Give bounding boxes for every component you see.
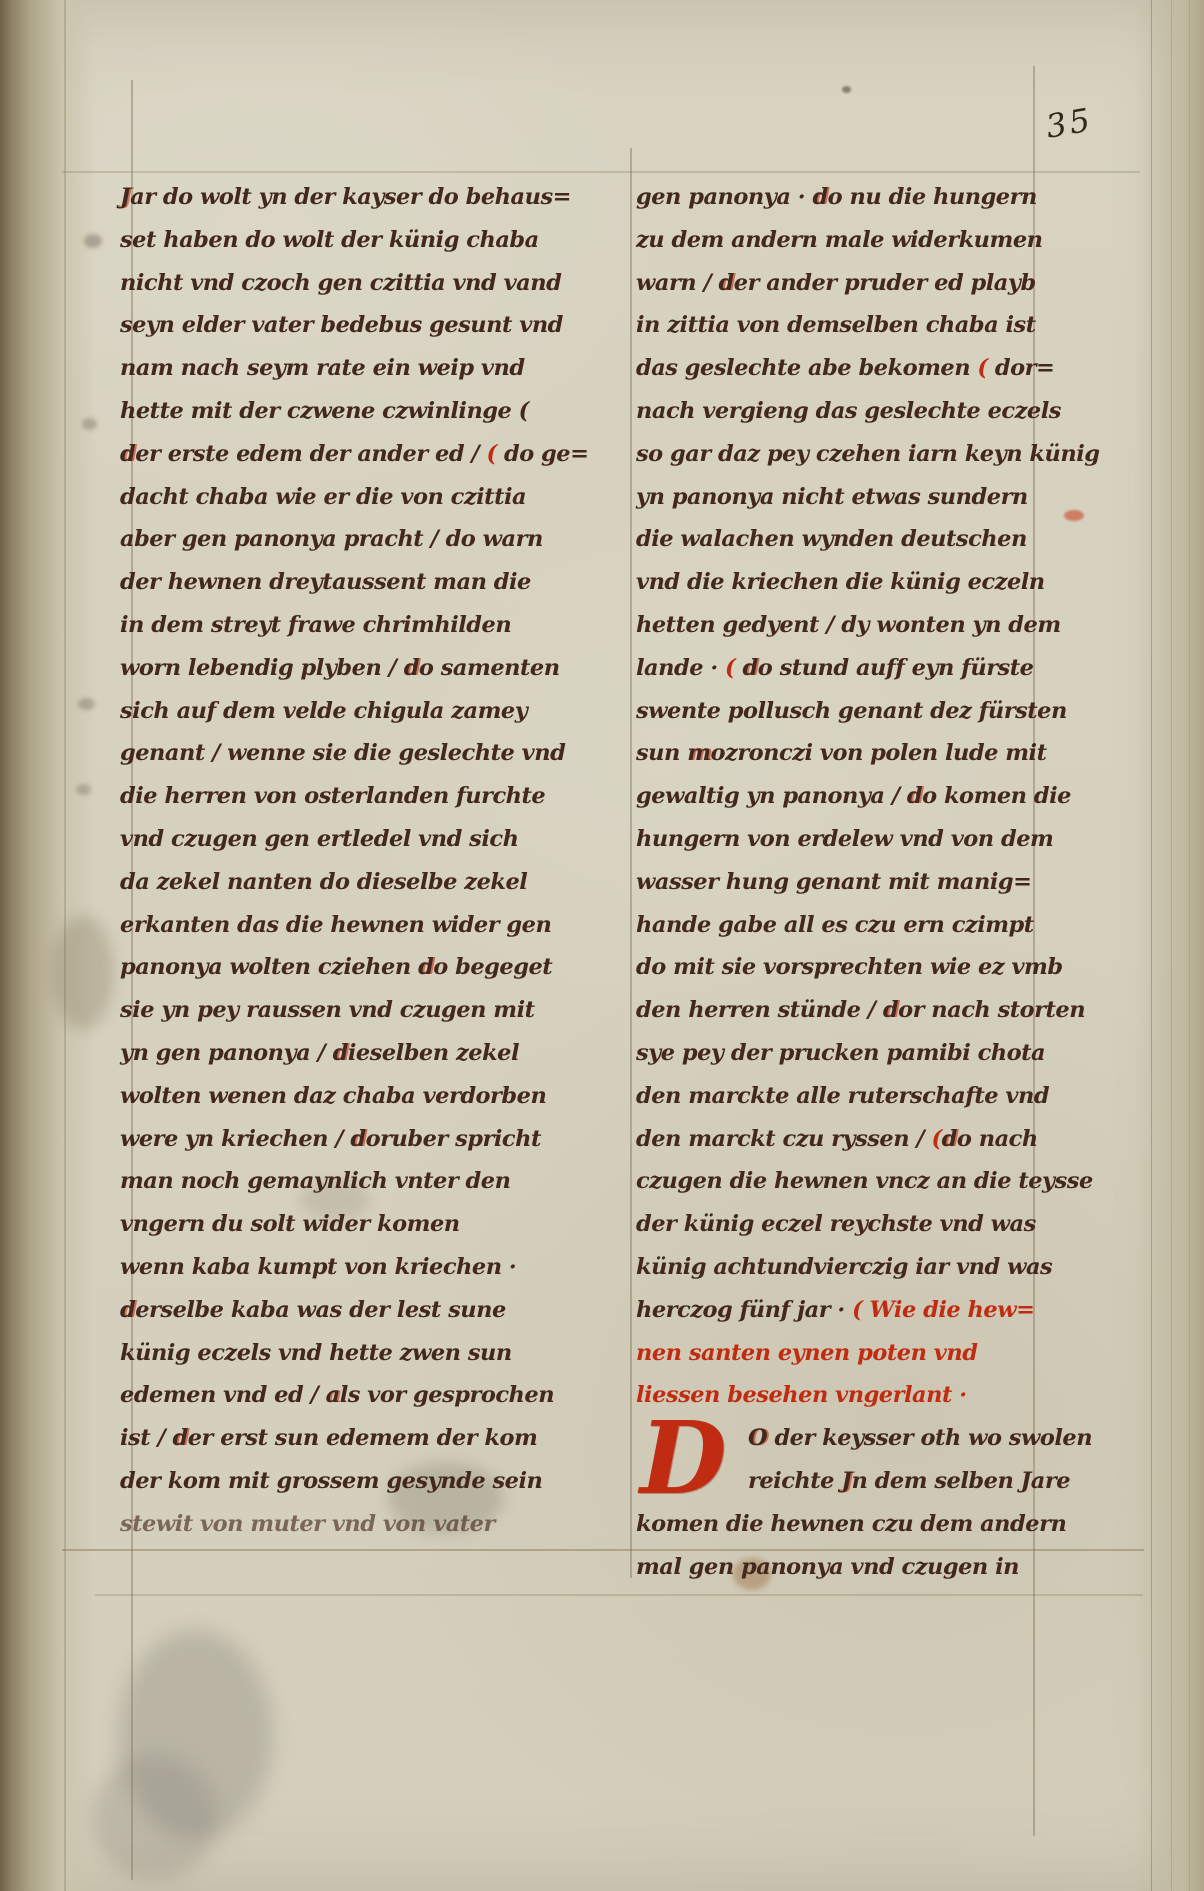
manuscript-line: hungern von erdelew vnd von dem bbox=[636, 818, 1060, 861]
manuscript-text: künig eczels vnd hette zwen sun bbox=[120, 1340, 512, 1366]
manuscript-line: man noch gemaynlich vnter den bbox=[120, 1160, 556, 1203]
manuscript-text: ist / bbox=[120, 1425, 173, 1451]
manuscript-text: o nach bbox=[957, 1126, 1038, 1152]
manuscript-line: vngern du solt wider komen bbox=[120, 1203, 556, 1246]
manuscript-line: hande gabe all es czu ern czimpt bbox=[636, 904, 1060, 947]
manuscript-text: zu dem andern male widerkumen bbox=[636, 227, 1043, 253]
manuscript-text: d bbox=[350, 1126, 365, 1152]
manuscript-text: o begeget bbox=[433, 954, 552, 980]
manuscript-line: vnd czugen gen ertledel vnd sich bbox=[120, 818, 556, 861]
manuscript-text: wasser hung genant mit manig= bbox=[636, 869, 1031, 895]
manuscript-line: do mit sie vorsprechten wie ez vmb bbox=[636, 946, 1060, 989]
manuscript-text: ar do wolt yn der kayser do behaus= bbox=[130, 184, 571, 210]
manuscript-line: der hewnen dreytaussent man die bbox=[120, 561, 556, 604]
manuscript-text: d bbox=[333, 1040, 348, 1066]
manuscript-text: o komen die bbox=[922, 783, 1071, 809]
manuscript-text: yn panonya nicht etwas sundern bbox=[636, 484, 1028, 510]
rubric-text: nen santen eynen poten vnd bbox=[636, 1340, 977, 1366]
page-edge-line bbox=[1151, 0, 1152, 1891]
manuscript-line: in dem streyt frawe chrimhilden bbox=[120, 604, 556, 647]
manuscript-line: aber gen panonya pracht / do warn bbox=[120, 518, 556, 561]
manuscript-text: d bbox=[120, 441, 135, 467]
manuscript-text: vngern du solt wider komen bbox=[120, 1211, 460, 1237]
manuscript-line: die walachen wynden deutschen bbox=[636, 518, 1060, 561]
manuscript-text: d bbox=[418, 954, 433, 980]
manuscript-line: wasser hung genant mit manig= bbox=[636, 861, 1060, 904]
manuscript-text: die walachen wynden deutschen bbox=[636, 526, 1027, 552]
rubric-text: ( bbox=[725, 655, 742, 681]
manuscript-text: d bbox=[719, 270, 734, 296]
manuscript-text: hungern von erdelew vnd von dem bbox=[636, 826, 1053, 852]
manuscript-text: in zittia von demselben chaba ist bbox=[636, 312, 1036, 338]
manuscript-text: dacht chaba wie er die von czittia bbox=[120, 484, 526, 510]
manuscript-text: worn lebendig plyben / bbox=[120, 655, 404, 681]
manuscript-text: or nach storten bbox=[898, 997, 1085, 1023]
manuscript-line: künig eczels vnd hette zwen sun bbox=[120, 1332, 556, 1375]
manuscript-line: edemen vnd ed / als vor gesprochen bbox=[120, 1374, 556, 1417]
manuscript-text: seyn elder vater bedebus gesunt vnd bbox=[120, 312, 563, 338]
manuscript-line: dacht chaba wie er die von czittia bbox=[120, 476, 556, 519]
ruling-line bbox=[630, 148, 632, 1578]
manuscript-line: so gar daz pey czehen iarn keyn künig bbox=[636, 433, 1060, 476]
manuscript-text: n dem selben Jare bbox=[851, 1468, 1070, 1494]
manuscript-page: 35 Jar do wolt yn der kayser do behaus=s… bbox=[0, 0, 1204, 1891]
manuscript-text: sie yn pey raussen vnd czugen mit bbox=[120, 997, 535, 1023]
manuscript-text: er ander pruder ed playb bbox=[734, 270, 1036, 296]
manuscript-text: mal gen panonya vnd czugen in bbox=[636, 1554, 1019, 1580]
manuscript-text: set haben do wolt der künig chaba bbox=[120, 227, 539, 253]
manuscript-text: d bbox=[883, 997, 898, 1023]
manuscript-text: d bbox=[812, 184, 827, 210]
manuscript-line: yn gen panonya / dieselben zekel bbox=[120, 1032, 556, 1075]
manuscript-line: czugen die hewnen vncz an die teysse bbox=[636, 1160, 1060, 1203]
manuscript-text: yn gen panonya / bbox=[120, 1040, 333, 1066]
manuscript-line: sun mozronczi von polen lude mit bbox=[636, 732, 1060, 775]
manuscript-line: künig achtundvierczig iar vnd was bbox=[636, 1246, 1060, 1289]
manuscript-line: vnd die kriechen die künig eczeln bbox=[636, 561, 1060, 604]
manuscript-text: swente pollusch genant dez fürsten bbox=[636, 698, 1067, 724]
manuscript-line: set haben do wolt der künig chaba bbox=[120, 219, 556, 262]
manuscript-text: hande gabe all es czu ern czimpt bbox=[636, 912, 1034, 938]
manuscript-text: ieselben zekel bbox=[348, 1040, 519, 1066]
manuscript-text: der künig eczel reychste vnd was bbox=[636, 1211, 1036, 1237]
stain bbox=[78, 698, 95, 710]
manuscript-line: sye pey der prucken pamibi chota bbox=[636, 1032, 1060, 1075]
manuscript-text: der kom mit grossem gesynde sein bbox=[120, 1468, 542, 1494]
manuscript-line: die herren von osterlanden furchte bbox=[120, 775, 556, 818]
manuscript-text: edemen vnd ed / bbox=[120, 1382, 326, 1408]
manuscript-text: er erste edem der ander ed / bbox=[135, 441, 486, 467]
manuscript-text: d bbox=[404, 655, 419, 681]
rubric-text: ( bbox=[977, 355, 987, 381]
manuscript-line: gen panonya · do nu die hungern bbox=[636, 176, 1060, 219]
manuscript-text: wenn kaba kumpt von kriechen · bbox=[120, 1254, 516, 1280]
manuscript-line: den marckt czu ryssen / (do nach bbox=[636, 1118, 1060, 1161]
manuscript-line: der kom mit grossem gesynde sein bbox=[120, 1460, 556, 1503]
manuscript-text: d bbox=[907, 783, 922, 809]
rubric-initial: D bbox=[640, 1408, 727, 1508]
manuscript-line: gewaltig yn panonya / do komen die bbox=[636, 775, 1060, 818]
stain bbox=[84, 234, 102, 248]
manuscript-text: so gar daz pey czehen iarn keyn künig bbox=[636, 441, 1099, 467]
manuscript-text: die herren von osterlanden furchte bbox=[120, 783, 545, 809]
manuscript-line: Jar do wolt yn der kayser do behaus= bbox=[120, 176, 556, 219]
manuscript-text: J bbox=[120, 184, 130, 210]
red-smudge bbox=[1064, 510, 1084, 521]
manuscript-text: panonya wolten cziehen bbox=[120, 954, 418, 980]
manuscript-text: sun bbox=[636, 740, 687, 766]
manuscript-text: d bbox=[120, 1297, 135, 1323]
manuscript-line: lande · ( do stund auff eyn fürste bbox=[636, 647, 1060, 690]
manuscript-line: mal gen panonya vnd czugen in bbox=[636, 1546, 1060, 1589]
manuscript-line: yn panonya nicht etwas sundern bbox=[636, 476, 1060, 519]
manuscript-text: sich auf dem velde chigula zamey bbox=[120, 698, 527, 724]
manuscript-line: der künig eczel reychste vnd was bbox=[636, 1203, 1060, 1246]
manuscript-text: erkanten das die hewnen wider gen bbox=[120, 912, 551, 938]
manuscript-line: derselbe kaba was der lest sune bbox=[120, 1289, 556, 1332]
manuscript-text: o stund auff eyn fürste bbox=[758, 655, 1034, 681]
manuscript-text: were yn kriechen / bbox=[120, 1126, 350, 1152]
manuscript-line: in zittia von demselben chaba ist bbox=[636, 304, 1060, 347]
folio-number: 35 bbox=[1043, 100, 1096, 146]
manuscript-text: der hewnen dreytaussent man die bbox=[120, 569, 531, 595]
manuscript-text: gen panonya · bbox=[636, 184, 812, 210]
manuscript-line: nicht vnd czoch gen czittia vnd vand bbox=[120, 262, 556, 305]
manuscript-line: nam nach seym rate ein weip vnd bbox=[120, 347, 556, 390]
manuscript-text: o nu die hungern bbox=[828, 184, 1037, 210]
manuscript-line: der erste edem der ander ed / ( do ge= bbox=[120, 433, 556, 476]
manuscript-text: da zekel nanten do dieselbe zekel bbox=[120, 869, 527, 895]
manuscript-text: den marckte alle ruterschafte vnd bbox=[636, 1083, 1049, 1109]
manuscript-text: nicht vnd czoch gen czittia vnd vand bbox=[120, 270, 561, 296]
manuscript-text: O bbox=[748, 1425, 767, 1451]
manuscript-text: künig achtundvierczig iar vnd was bbox=[636, 1254, 1052, 1280]
manuscript-text: das geslechte abe bekomen bbox=[636, 355, 977, 381]
manuscript-text: oruber spricht bbox=[366, 1126, 541, 1152]
manuscript-text: erselbe kaba was der lest sune bbox=[135, 1297, 506, 1323]
manuscript-line: zu dem andern male widerkumen bbox=[636, 219, 1060, 262]
text-column-right: D gen panonya · do nu die hungernzu dem … bbox=[636, 176, 1060, 1588]
manuscript-line: hetten gedyent / dy wonten yn dem bbox=[636, 604, 1060, 647]
manuscript-line: den herren stünde / dor nach storten bbox=[636, 989, 1060, 1032]
manuscript-text: der keysser oth wo swolen bbox=[767, 1425, 1092, 1451]
manuscript-line: das geslechte abe bekomen ( dor= bbox=[636, 347, 1060, 390]
manuscript-text: do ge= bbox=[497, 441, 589, 467]
ink-fleck bbox=[842, 86, 851, 93]
manuscript-text: czugen die hewnen vncz an die teysse bbox=[636, 1168, 1093, 1194]
manuscript-line: wolten wenen daz chaba verdorben bbox=[120, 1075, 556, 1118]
manuscript-text: den marckt czu ryssen / bbox=[636, 1126, 932, 1152]
manuscript-text: J bbox=[841, 1468, 851, 1494]
manuscript-line: da zekel nanten do dieselbe zekel bbox=[120, 861, 556, 904]
manuscript-text: hetten gedyent / dy wonten yn dem bbox=[636, 612, 1061, 638]
manuscript-text: d bbox=[743, 655, 758, 681]
manuscript-line: sich auf dem velde chigula zamey bbox=[120, 690, 556, 733]
manuscript-text: ozronczi von polen lude mit bbox=[711, 740, 1047, 766]
manuscript-line: nach vergieng das geslechte eczels bbox=[636, 390, 1060, 433]
manuscript-line: were yn kriechen / doruber spricht bbox=[120, 1118, 556, 1161]
manuscript-text: in dem streyt frawe chrimhilden bbox=[120, 612, 511, 638]
manuscript-line: hette mit der czwene czwinlinge ( bbox=[120, 390, 556, 433]
manuscript-text: man noch gemaynlich vnter den bbox=[120, 1168, 510, 1194]
page-edge-right bbox=[1134, 0, 1204, 1891]
rubric-text: ( bbox=[486, 441, 496, 467]
manuscript-line: wenn kaba kumpt von kriechen · bbox=[120, 1246, 556, 1289]
manuscript-text: do mit sie vorsprechten wie ez vmb bbox=[636, 954, 1063, 980]
page-edge-line bbox=[1189, 0, 1190, 1891]
manuscript-text: ls vor gesprochen bbox=[340, 1382, 554, 1408]
manuscript-line: panonya wolten cziehen do begeget bbox=[120, 946, 556, 989]
stain bbox=[82, 418, 97, 430]
manuscript-text: sye pey der prucken pamibi chota bbox=[636, 1040, 1045, 1066]
manuscript-line: stewit von muter vnd von vater bbox=[120, 1503, 556, 1546]
manuscript-text: nach vergieng das geslechte eczels bbox=[636, 398, 1061, 424]
manuscript-line: sie yn pey raussen vnd czugen mit bbox=[120, 989, 556, 1032]
manuscript-text: genant / wenne sie die geslechte vnd bbox=[120, 740, 565, 766]
manuscript-line: swente pollusch genant dez fürsten bbox=[636, 690, 1060, 733]
stain bbox=[92, 1755, 217, 1880]
stain bbox=[52, 915, 114, 1030]
manuscript-line: seyn elder vater bedebus gesunt vnd bbox=[120, 304, 556, 347]
manuscript-text: m bbox=[687, 740, 710, 766]
manuscript-text: herczog fünf jar · bbox=[636, 1297, 852, 1323]
manuscript-text: warn / bbox=[636, 270, 719, 296]
manuscript-text: lande · bbox=[636, 655, 725, 681]
manuscript-text: er erst sun edemem der kom bbox=[188, 1425, 538, 1451]
manuscript-text: gewaltig yn panonya / bbox=[636, 783, 907, 809]
manuscript-text: den herren stünde / bbox=[636, 997, 883, 1023]
manuscript-text: vnd die kriechen die künig eczeln bbox=[636, 569, 1045, 595]
manuscript-text: a bbox=[326, 1382, 340, 1408]
manuscript-line: erkanten das die hewnen wider gen bbox=[120, 904, 556, 947]
page-edge-line bbox=[1171, 0, 1172, 1891]
manuscript-line: ist / der erst sun edemem der kom bbox=[120, 1417, 556, 1460]
manuscript-text: o samenten bbox=[419, 655, 560, 681]
manuscript-line: den marckte alle ruterschafte vnd bbox=[636, 1075, 1060, 1118]
manuscript-text: wolten wenen daz chaba verdorben bbox=[120, 1083, 546, 1109]
manuscript-text: vnd czugen gen ertledel vnd sich bbox=[120, 826, 518, 852]
manuscript-line: herczog fünf jar · ( Wie die hew= bbox=[636, 1289, 1060, 1332]
manuscript-line: warn / der ander pruder ed playb bbox=[636, 262, 1060, 305]
manuscript-text: d bbox=[942, 1126, 957, 1152]
manuscript-text: reichte bbox=[748, 1468, 841, 1494]
ruling-line bbox=[95, 1594, 1143, 1596]
manuscript-line: worn lebendig plyben / do samenten bbox=[120, 647, 556, 690]
manuscript-text: hette mit der czwene czwinlinge ( bbox=[120, 398, 529, 424]
manuscript-text: nam nach seym rate ein weip vnd bbox=[120, 355, 525, 381]
ruling-line bbox=[62, 171, 1140, 173]
manuscript-text: dor= bbox=[988, 355, 1055, 381]
manuscript-text: aber gen panonya pracht / do warn bbox=[120, 526, 543, 552]
manuscript-text: stewit von muter vnd von vater bbox=[120, 1511, 495, 1537]
rubric-text: ( bbox=[932, 1126, 942, 1152]
rubric-text: ( Wie die hew= bbox=[852, 1297, 1034, 1323]
manuscript-line: genant / wenne sie die geslechte vnd bbox=[120, 732, 556, 775]
stain bbox=[76, 784, 91, 795]
text-column-left: Jar do wolt yn der kayser do behaus=set … bbox=[120, 176, 556, 1546]
manuscript-line: nen santen eynen poten vnd bbox=[636, 1332, 1060, 1375]
manuscript-text: d bbox=[173, 1425, 188, 1451]
